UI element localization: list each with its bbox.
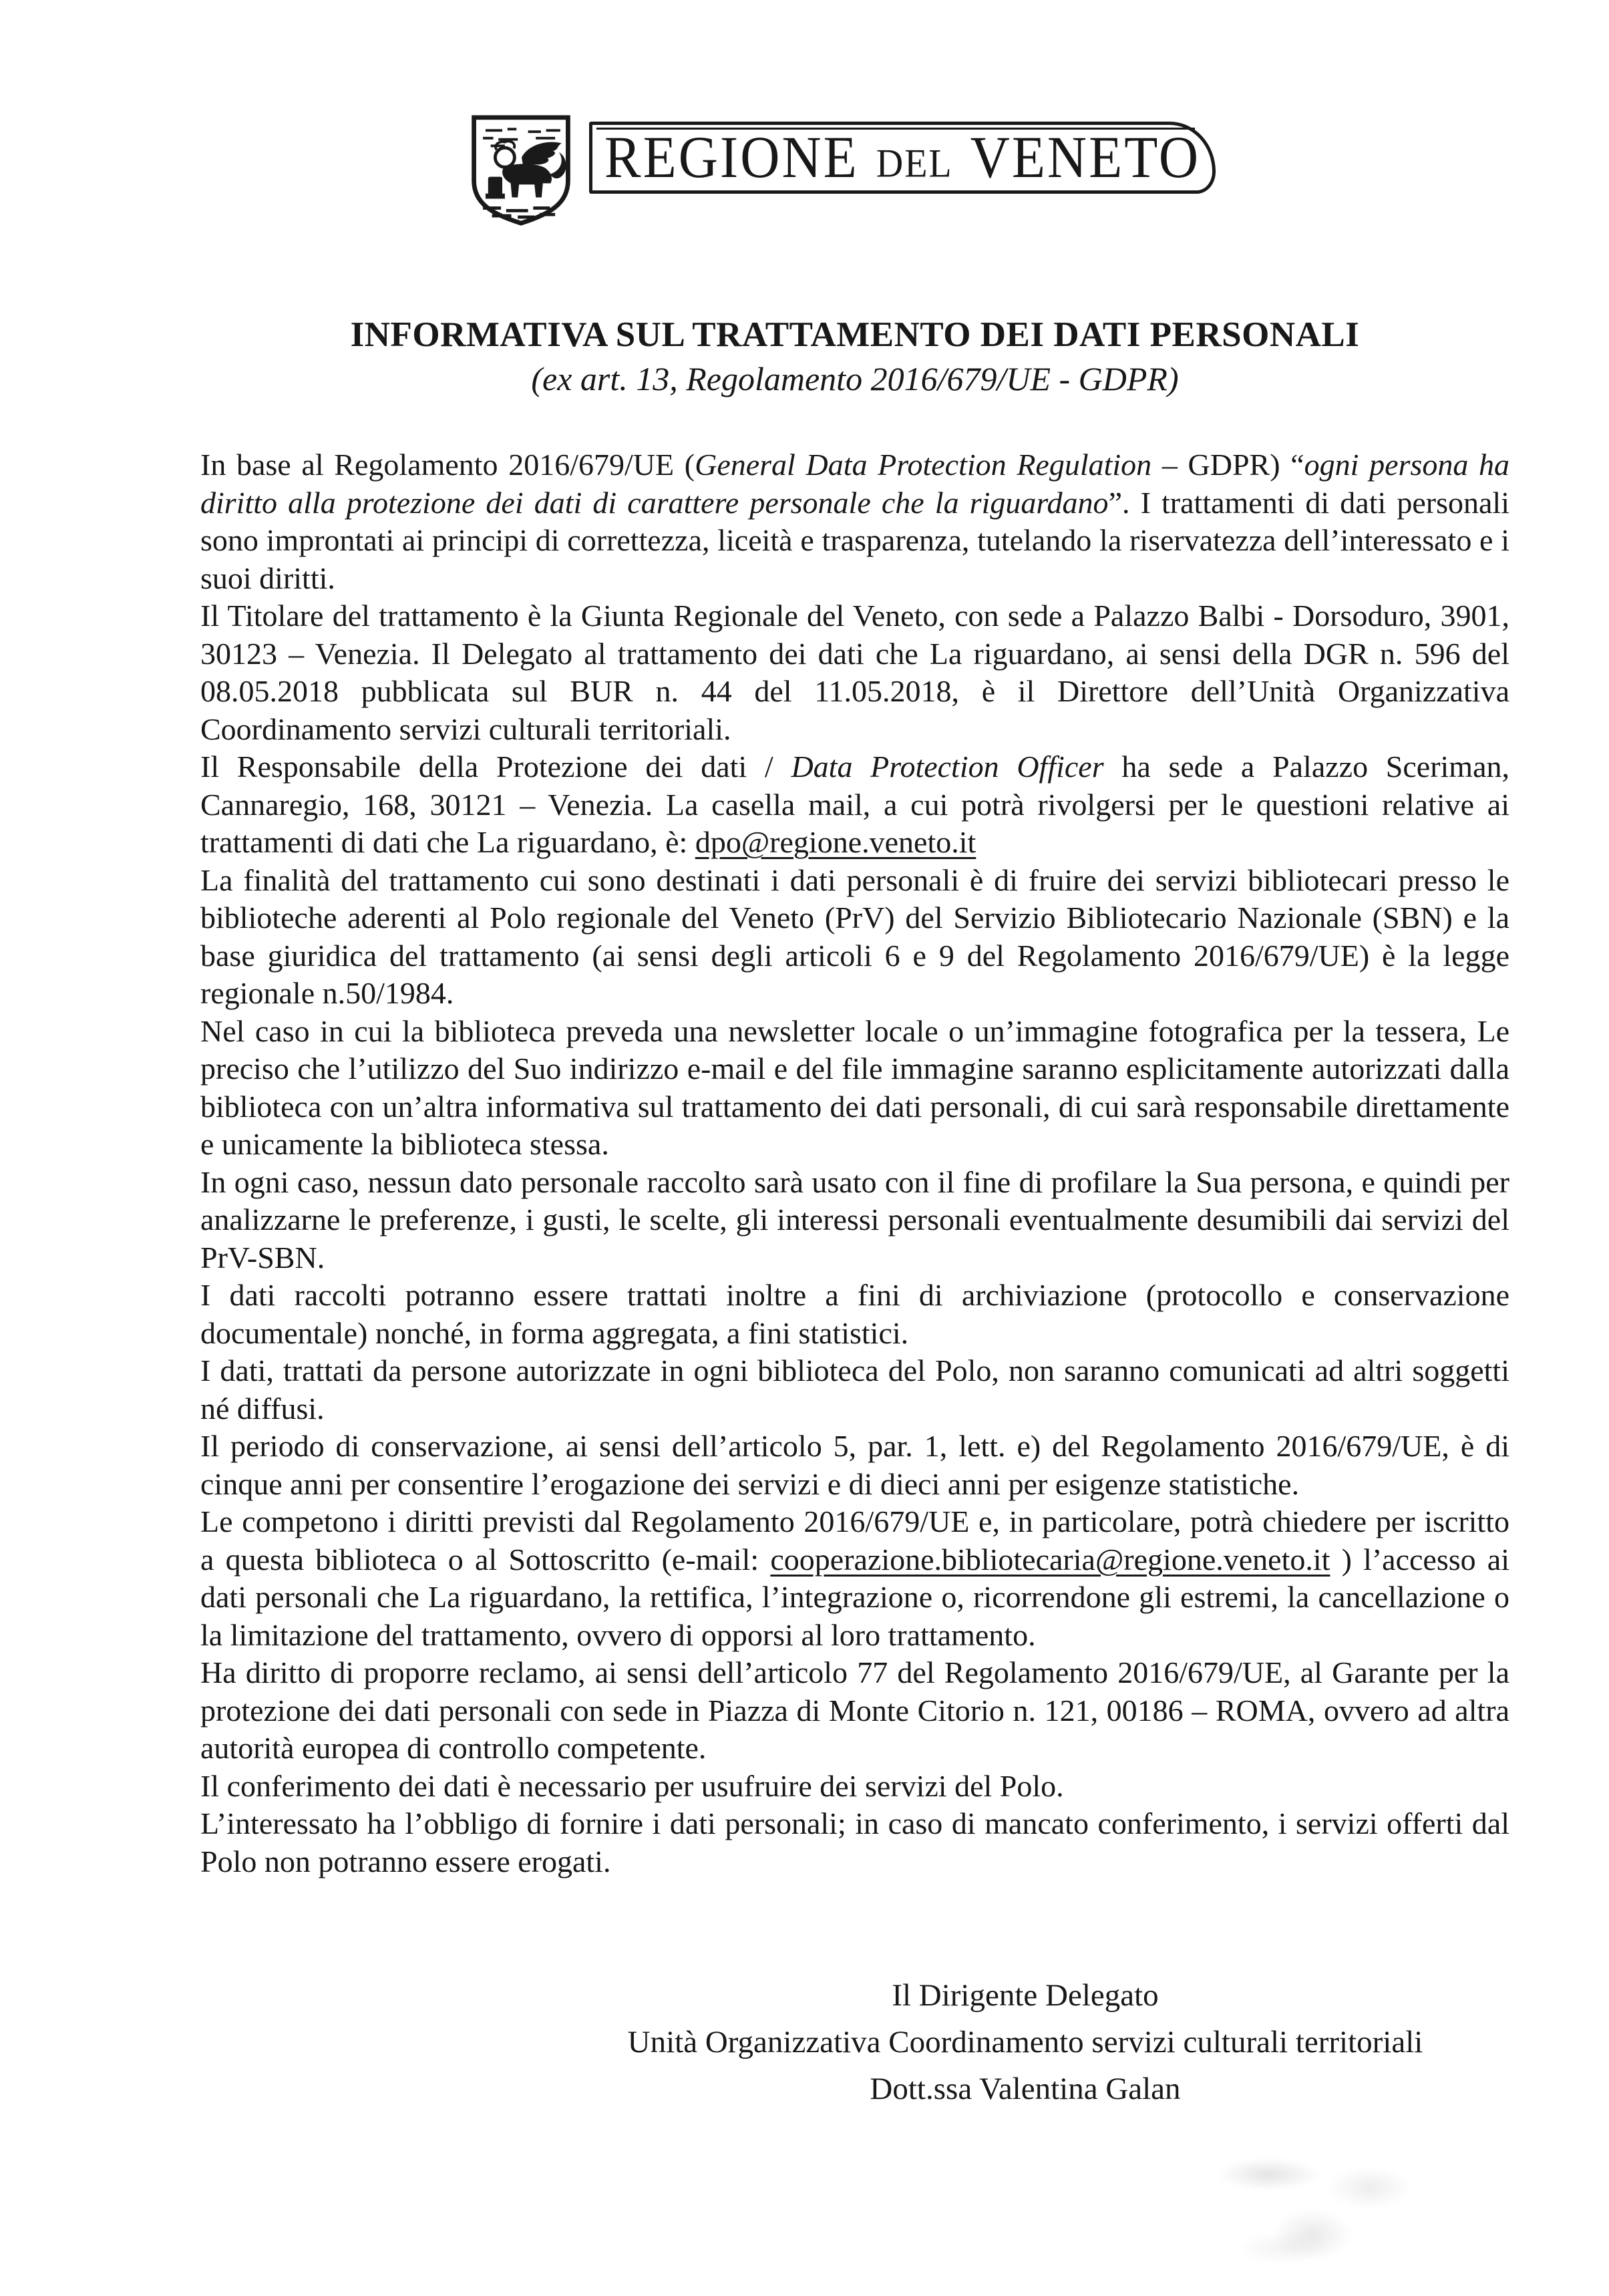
body-paragraphs: In base al Regolamento 2016/679/UE (Gene…	[200, 446, 1509, 1880]
region-name-banner: REGIONE DEL VENETO	[589, 122, 1216, 194]
signature-block: Il Dirigente Delegato Unità Organizzativ…	[628, 1972, 1423, 2112]
document-subtitle: (ex art. 13, Regolamento 2016/679/UE - G…	[200, 358, 1509, 399]
email-address-text: dpo@regione.veneto.it	[695, 825, 976, 859]
paragraph: La finalità del trattamento cui sono des…	[200, 862, 1509, 1013]
banner-word-regione: REGIONE	[604, 128, 859, 188]
email-address-text: cooperazione.bibliotecaria@regione.venet…	[770, 1542, 1330, 1577]
paragraph: Il Titolare del trattamento è la Giunta …	[200, 597, 1509, 748]
paragraph: L’interessato ha l’obbligo di fornire i …	[200, 1805, 1509, 1880]
letterhead: REGIONE DEL VENETO	[466, 112, 1216, 230]
paragraph: Le competono i diritti previsti dal Rego…	[200, 1503, 1509, 1654]
paragraph: Nel caso in cui la biblioteca preveda un…	[200, 1013, 1509, 1164]
winged-lion-icon	[466, 112, 576, 230]
paragraph: Il Responsabile della Protezione dei dat…	[200, 748, 1509, 862]
paragraph: In ogni caso, nessun dato personale racc…	[200, 1164, 1509, 1277]
paragraph: Ha diritto di proporre reclamo, ai sensi…	[200, 1654, 1509, 1768]
document-title-block: INFORMATIVA SUL TRATTAMENTO DEI DATI PER…	[200, 314, 1509, 399]
paragraph: Il conferimento dei dati è necessario pe…	[200, 1768, 1509, 1806]
document-title: INFORMATIVA SUL TRATTAMENTO DEI DATI PER…	[200, 314, 1509, 355]
paragraph: In base al Regolamento 2016/679/UE (Gene…	[200, 446, 1509, 597]
banner-word-del: DEL	[876, 144, 953, 184]
signature-role: Il Dirigente Delegato	[628, 1972, 1423, 2019]
veneto-coat-of-arms	[466, 112, 576, 230]
scan-artifact	[1176, 2118, 1489, 2285]
document-page: REGIONE DEL VENETO INFORMATIVA SUL TRATT…	[0, 0, 1609, 2296]
signature-name: Dott.ssa Valentina Galan	[628, 2066, 1423, 2112]
signature-unit: Unità Organizzativa Coordinamento serviz…	[628, 2019, 1423, 2066]
paragraph: I dati raccolti potranno essere trattati…	[200, 1277, 1509, 1352]
paragraph: I dati, trattati da persone autorizzate …	[200, 1352, 1509, 1428]
banner-word-veneto: VENETO	[970, 128, 1200, 188]
paragraph: Il periodo di conservazione, ai sensi de…	[200, 1428, 1509, 1503]
